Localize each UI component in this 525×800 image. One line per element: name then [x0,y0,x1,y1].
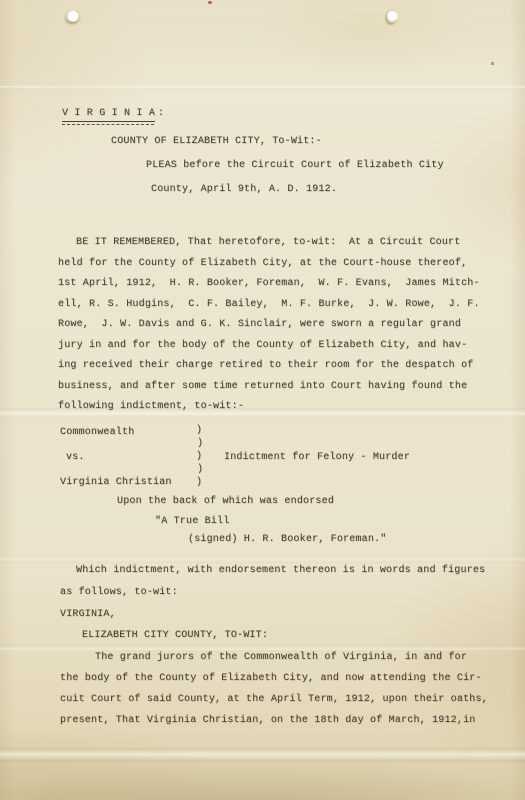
endorsement-line: (signed) H. R. Booker, Foreman." [188,533,386,546]
paper-speck [491,62,494,65]
caption-bracket: ) [196,450,202,463]
paragraph-line: following indictment, to-wit:- [58,400,244,413]
paper-crease [0,748,525,762]
paper-crease [0,558,525,563]
paragraph-line: business, and after some time returned i… [58,380,467,393]
paragraph-line: VIRGINIA, [60,608,116,621]
paragraph-line: Which indictment, with endorsement there… [76,564,485,577]
caption-bracket: ) [197,437,203,450]
pleas-date-line: County, April 9th, A. D. 1912. [151,183,337,196]
caption-bracket: ) [196,424,202,437]
state-heading-text: V I R G I N I A [62,107,155,122]
paragraph-line: the body of the County of Elizabeth City… [60,672,482,685]
paragraph-line: The grand jurors of the Commonwealth of … [95,651,467,664]
endorsement-line: Upon the back of which was endorsed [117,495,334,508]
state-heading-colon: : [158,108,164,119]
caption-vs: vs. [66,451,85,464]
paper-crease [0,644,525,650]
paragraph-line: as follows, to-wit: [60,586,178,599]
caption-bracket: ) [196,476,202,489]
caption-party-plaintiff: Commonwealth [60,426,134,439]
paragraph-line: held for the County of Elizabeth City, a… [58,257,467,270]
endorsement-line: "A True Bill [155,515,229,528]
paragraph-line: ing received their charge retired to the… [58,359,473,372]
caption-charge: Indictment for Felony - Murder [224,451,410,464]
paragraph-line: Rowe, J. W. Davis and G. K. Sinclair, we… [58,318,461,331]
document-scan: V I R G I N I A: COUNTY OF ELIZABETH CIT… [0,0,525,800]
county-caption-line: COUNTY OF ELIZABETH CITY, To-Wit:- [111,135,322,148]
paragraph-line: BE IT REMEMBERED, That heretofore, to-wi… [76,236,460,249]
paragraph-line: jury in and for the body of the County o… [58,339,467,352]
ink-fleck [208,1,212,4]
paragraph-line: present, That Virginia Christian, on the… [60,714,475,727]
caption-party-defendant: Virginia Christian [60,476,172,489]
paper-crease [0,86,525,90]
paragraph-line: ELIZABETH CITY COUNTY, TO-WIT: [82,629,268,642]
state-heading: V I R G I N I A: [62,107,164,122]
pleas-line: PLEAS before the Circuit Court of Elizab… [146,159,444,172]
paragraph-line: cuit Court of said County, at the April … [60,693,488,706]
paragraph-line: 1st April, 1912, H. R. Booker, Foreman, … [58,277,480,290]
caption-bracket: ) [197,463,203,476]
paragraph-line: ell, R. S. Hudgins, C. F. Bailey, M. F. … [58,298,480,311]
